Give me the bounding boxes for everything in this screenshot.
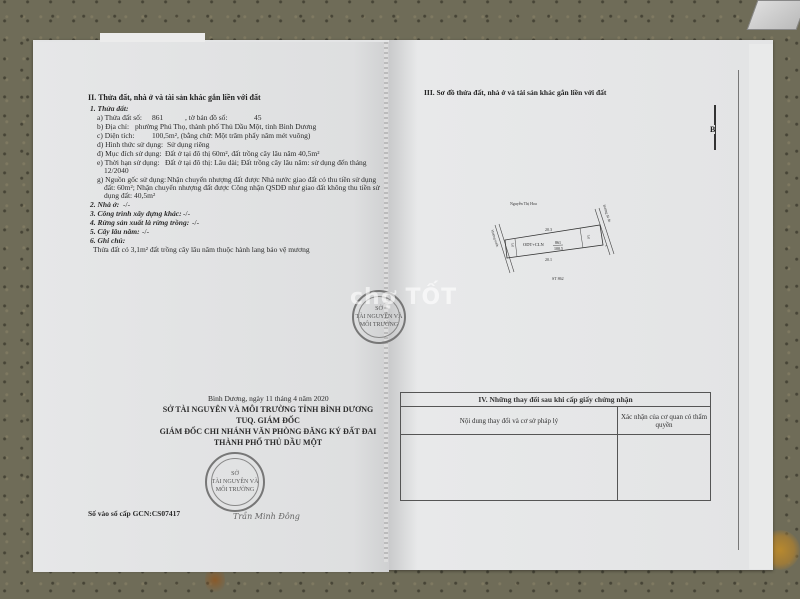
- svg-text:20.3: 20.3: [545, 227, 552, 232]
- north-label: B: [710, 125, 715, 134]
- authority-line-1: SỞ TÀI NGUYÊN VÀ MÔI TRƯỜNG TỈNH BÌNH DƯ…: [148, 405, 388, 415]
- official-stamp: SỞ TÀI NGUYÊN VÀ MÔI TRƯỜNG: [205, 452, 265, 512]
- authority-line-3: GIÁM ĐỐC CHI NHÁNH VĂN PHÒNG ĐĂNG KÝ ĐẤT…: [148, 427, 388, 437]
- svg-text:7: 7: [605, 244, 607, 248]
- svg-text:Mương nước: Mương nước: [490, 229, 500, 248]
- changes-col-content: Nội dung thay đổi và cơ sở pháp lý: [401, 407, 618, 435]
- forest-value: -/-: [192, 218, 199, 228]
- registry-number: Số vào sổ cấp GCN:CS07417: [88, 509, 180, 519]
- notes-value: Thửa đất có 3,1m² đất trồng cây lâu năm …: [93, 245, 310, 255]
- corner-object: [747, 0, 800, 30]
- issue-date: Bình Dương, ngày 11 tháng 4 năm 2020: [208, 394, 329, 404]
- watermark: chợ TỐT: [350, 285, 457, 310]
- svg-text:100.5: 100.5: [554, 246, 563, 251]
- section-ii-title: II. Thửa đất, nhà ở và tài sản khác gắn …: [88, 93, 261, 102]
- svg-text:5.0: 5.0: [510, 242, 515, 247]
- right-page-margin: [749, 44, 773, 569]
- land-plot-diagram: Nguyễn Thị Hoa 20.3 20.1 ODT+CLN 861 100…: [455, 195, 625, 285]
- authority-line-4: THÀNH PHỐ THỦ DẦU MỘT: [148, 438, 388, 448]
- page-frame-line: [738, 70, 739, 550]
- changes-cell-content: [401, 435, 618, 501]
- authority-line-2: TUQ. GIÁM ĐỐC: [148, 416, 388, 426]
- signature: Trần Minh Đông: [233, 512, 300, 521]
- svg-text:Đường đá đỏ: Đường đá đỏ: [602, 204, 612, 223]
- svg-text:20.1: 20.1: [545, 257, 552, 262]
- section-iii-title: III. Sơ đồ thửa đất, nhà ở và tài sản kh…: [424, 88, 606, 97]
- changes-table-title: IV. Những thay đổi sau khi cấp giấy chứn…: [401, 393, 711, 407]
- svg-text:861: 861: [555, 240, 561, 245]
- svg-text:5.0: 5.0: [586, 234, 591, 239]
- plot-neighbor-top: Nguyễn Thị Hoa: [510, 201, 537, 206]
- changes-cell-confirmation: [618, 435, 711, 501]
- use-term-value: Đất ở tại đô thị: Lâu dài; Đất trồng cây…: [165, 158, 367, 168]
- plot-land-code: ODT+CLN: [523, 242, 545, 247]
- plot-neighbor-bottom: ST 862: [552, 276, 564, 281]
- north-arrow: B: [710, 105, 720, 150]
- changes-col-confirmation: Xác nhận của cơ quan có thẩm quyền: [618, 407, 711, 435]
- paper-fold: [100, 33, 205, 42]
- perennial-value: -/-: [142, 227, 149, 237]
- changes-table: IV. Những thay đổi sau khi cấp giấy chứn…: [400, 392, 711, 501]
